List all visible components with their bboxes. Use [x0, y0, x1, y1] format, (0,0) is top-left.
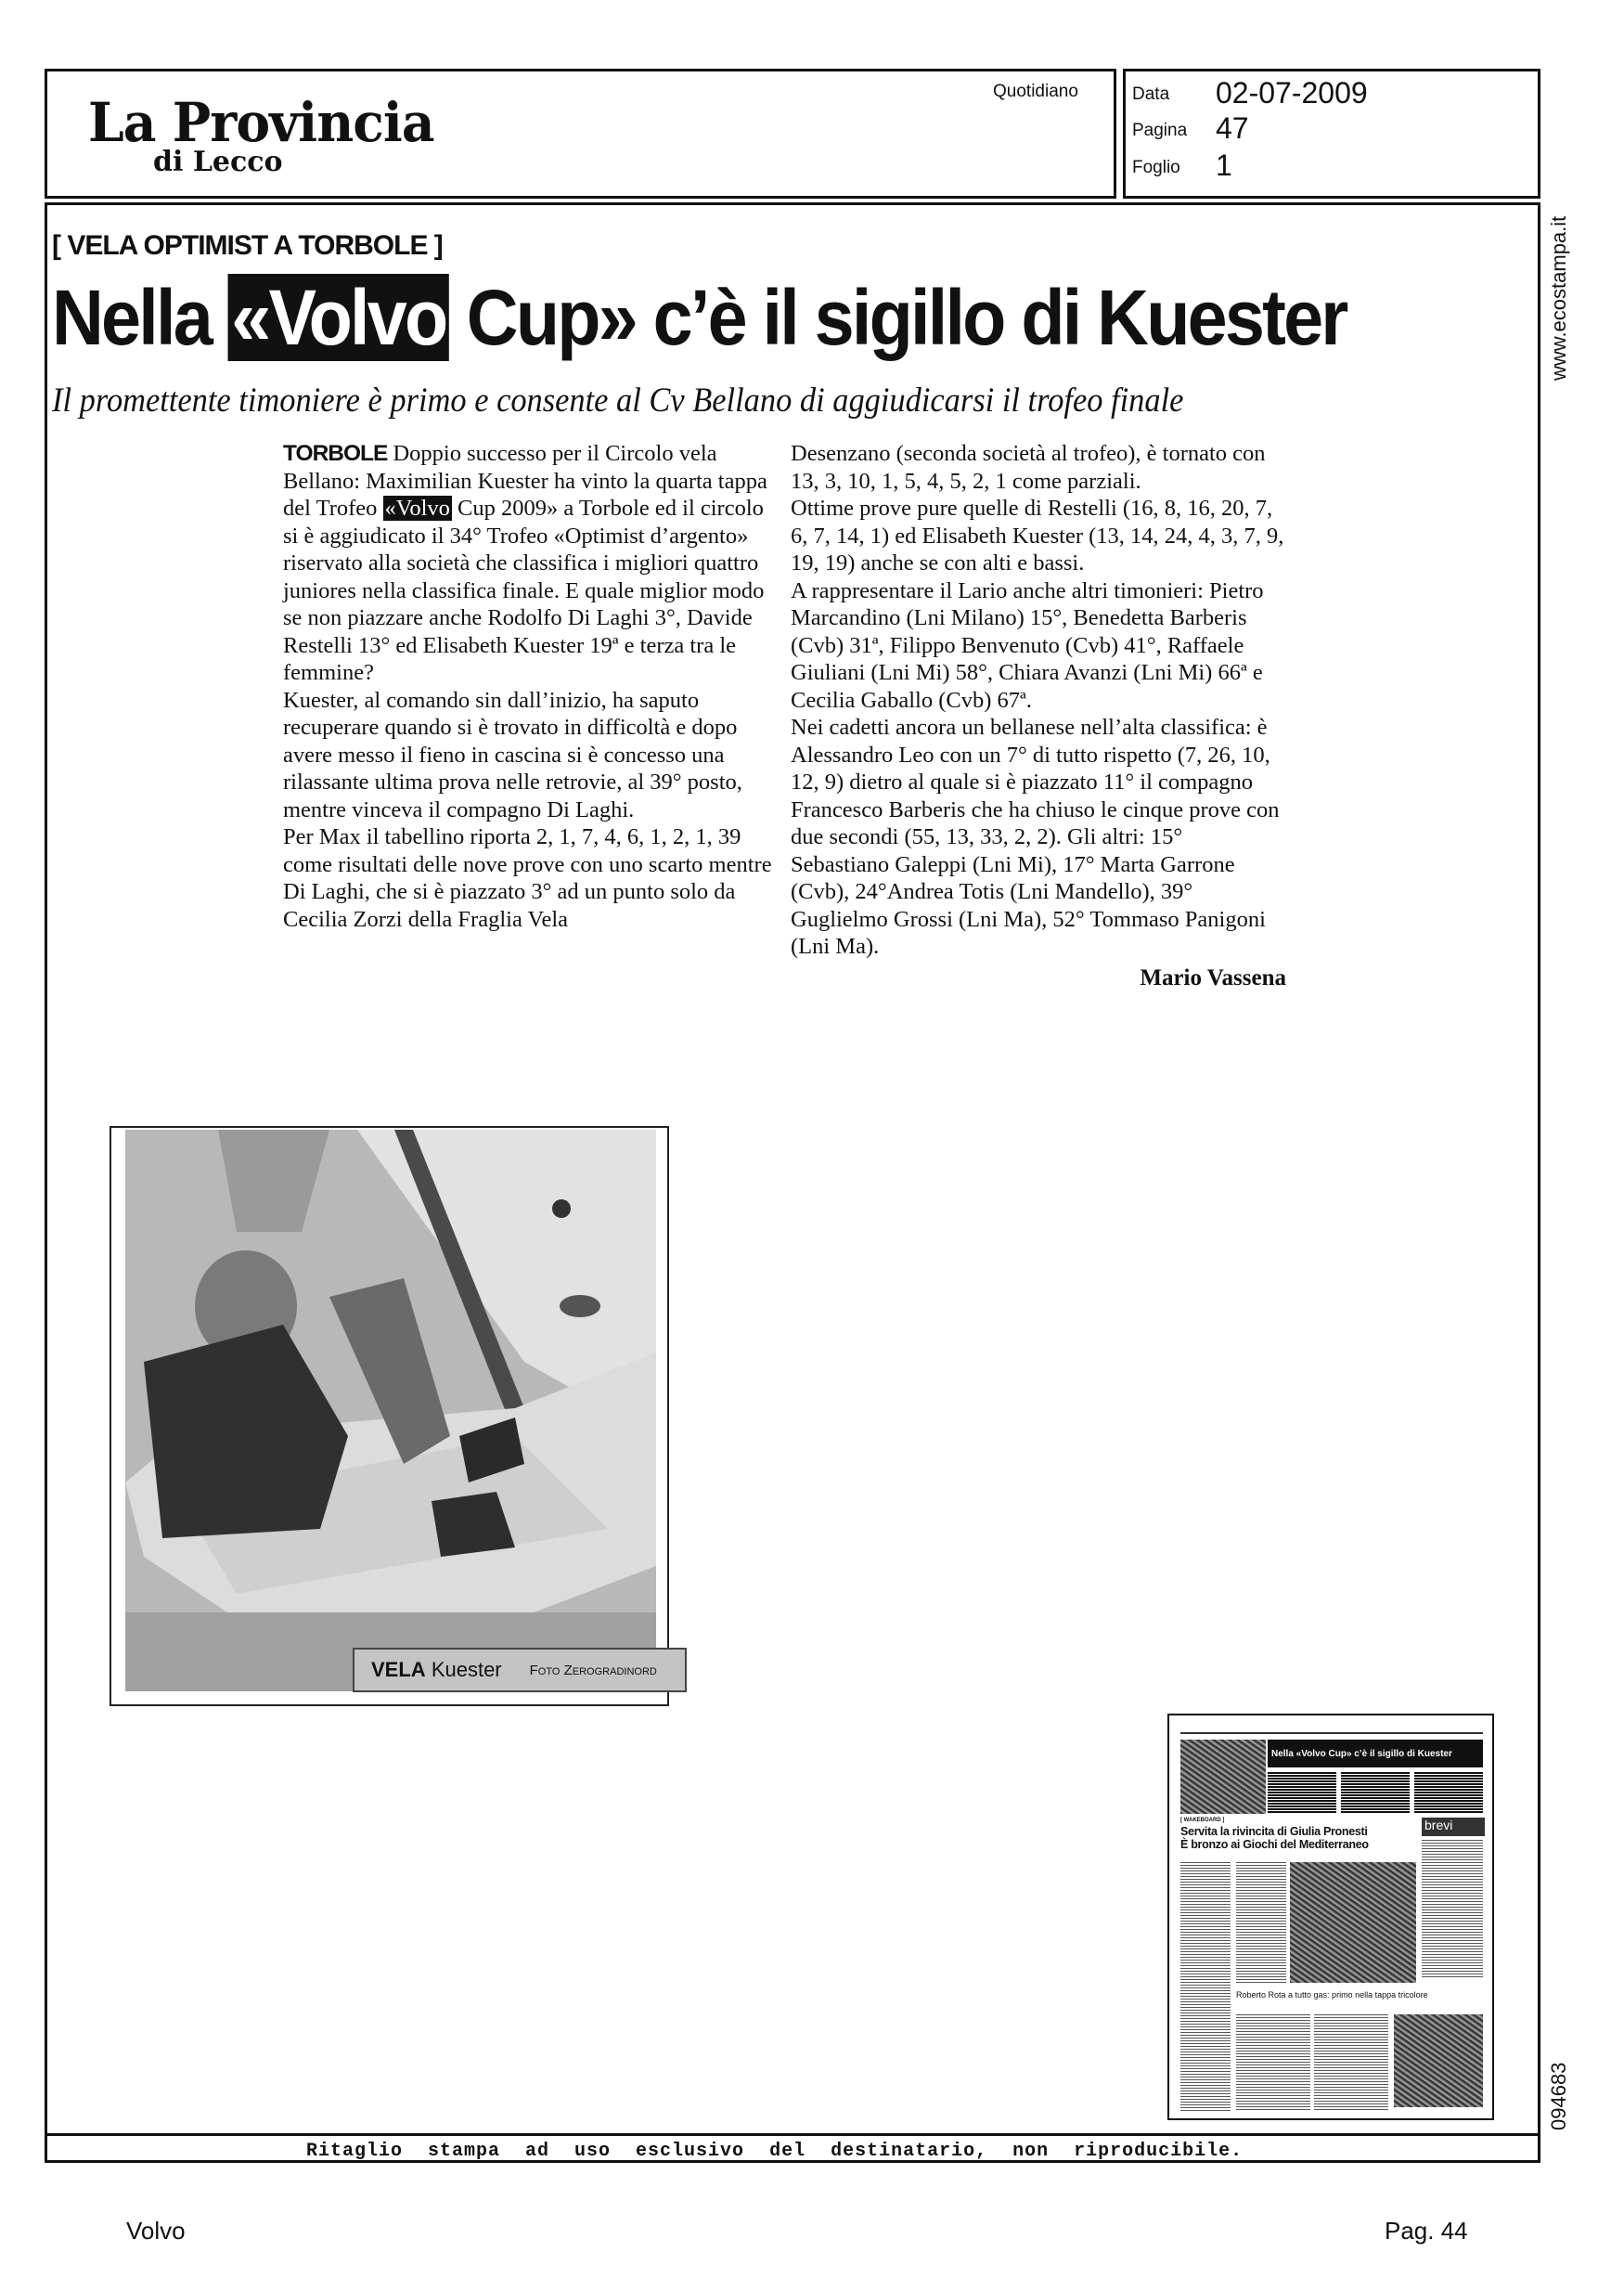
caption-section: VELA	[371, 1658, 426, 1681]
thumb-brevi-text	[1422, 1840, 1483, 1979]
thumb-brevi-label: brevi	[1424, 1818, 1452, 1832]
sheet-value: 1	[1216, 150, 1232, 180]
thumb-text-block	[1236, 1862, 1286, 1983]
headline-brand-highlight: «Volvo	[228, 274, 449, 361]
thumb-headline-2: Servita la rivincita di Giulia Pronesti …	[1180, 1825, 1418, 1851]
thumb-masthead-rule	[1180, 1732, 1483, 1734]
thumb-headline-banner: Nella «Volvo Cup» c’è il sigillo di Kues…	[1268, 1740, 1483, 1767]
thumb-text-block	[1341, 1771, 1410, 1814]
thumb-headline-3: Roberto Rota a tutto gas: primo nella ta…	[1236, 1990, 1428, 2000]
sheet-label: Foglio	[1132, 158, 1180, 178]
article-column-2: Desenzano (seconda società al trofeo), è…	[791, 440, 1286, 991]
footer-client: Volvo	[126, 2217, 186, 2246]
page-value: 47	[1216, 113, 1249, 143]
disclaimer-text: Ritaglio stampa ad uso esclusivo del des…	[306, 2141, 1243, 2162]
thumb-brevi-box: brevi	[1422, 1818, 1485, 1836]
date-label: Data	[1132, 84, 1169, 105]
photo-caption: VELA Kuester Foto Zerogradinord	[353, 1648, 687, 1692]
headline-prefix: Nella	[52, 274, 228, 361]
thumb-text-block	[1314, 2014, 1388, 2111]
brand-highlight: «Volvo	[383, 496, 452, 521]
paragraph: Nei cadetti ancora un bellanese nell’alt…	[791, 714, 1286, 961]
thumb-headline-2a: Servita la rivincita di Giulia Pronesti	[1180, 1825, 1418, 1838]
photo-credit: Foto Zerogradinord	[530, 1663, 657, 1678]
disclaimer-divider	[45, 2133, 1540, 2136]
sailing-photo	[125, 1130, 656, 1691]
headline-suffix: Cup» c’è il sigillo di Kuester	[449, 274, 1347, 361]
date-value: 02-07-2009	[1216, 78, 1368, 108]
article-column-1: TORBOLE Doppio successo per il Circolo v…	[283, 440, 775, 933]
paragraph: Kuester, al comando sin dall’inizio, ha …	[283, 687, 775, 824]
thumb-text-block	[1236, 2014, 1310, 2111]
dateline: TORBOLE	[283, 441, 387, 466]
paragraph: Ottime prove pure quelle di Restelli (16…	[791, 495, 1286, 577]
byline: Mario Vassena	[791, 964, 1286, 992]
thumb-photo-1	[1180, 1740, 1266, 1814]
paragraph: A rappresentare il Lario anche altri tim…	[791, 577, 1286, 715]
thumb-text-block	[1180, 1862, 1231, 2113]
thumb-kicker-2: [ WAKEBOARD ]	[1180, 1818, 1224, 1823]
thumb-text-block	[1414, 1771, 1483, 1814]
page-label: Pagina	[1132, 121, 1187, 141]
thumb-headline-1: Nella «Volvo Cup» c’è il sigillo di Kues…	[1271, 1749, 1452, 1759]
thumb-text-block	[1268, 1771, 1336, 1814]
article-subheadline: Il promettente timoniere è primo e conse…	[52, 381, 1183, 421]
thumb-photo-3	[1394, 2014, 1483, 2107]
masthead-subtitle: di Lecco	[153, 149, 283, 176]
footer-page-number: Pag. 44	[1385, 2217, 1468, 2246]
caption-subject: Kuester	[432, 1658, 502, 1681]
thumb-headline-2b: È bronzo ai Giochi del Mediterraneo	[1180, 1838, 1418, 1851]
paragraph-text: Cup 2009» a Torbole ed il circolo si è a…	[283, 496, 764, 685]
thumb-photo-2	[1290, 1862, 1416, 1983]
archive-code-vertical: 094683	[1547, 2063, 1571, 2130]
page-thumbnail: Nella «Volvo Cup» c’è il sigillo di Kues…	[1167, 1714, 1494, 2120]
paragraph: Per Max il tabellino riporta 2, 1, 7, 4,…	[283, 823, 775, 933]
caption-label: VELA Kuester	[371, 1658, 502, 1682]
article-kicker: [ VELA OPTIMIST A TORBOLE ]	[52, 230, 443, 262]
article-headline: Nella «Volvo Cup» c’è il sigillo di Kues…	[52, 278, 1347, 356]
paragraph: TORBOLE Doppio successo per il Circolo v…	[283, 440, 775, 687]
paragraph: Desenzano (seconda società al trofeo), è…	[791, 440, 1286, 495]
optimist-boat-illustration	[125, 1130, 656, 1691]
masthead-title: La Provincia	[88, 96, 434, 149]
publication-type: Quotidiano	[993, 82, 1078, 102]
website-vertical: www.ecostampa.it	[1547, 216, 1571, 381]
